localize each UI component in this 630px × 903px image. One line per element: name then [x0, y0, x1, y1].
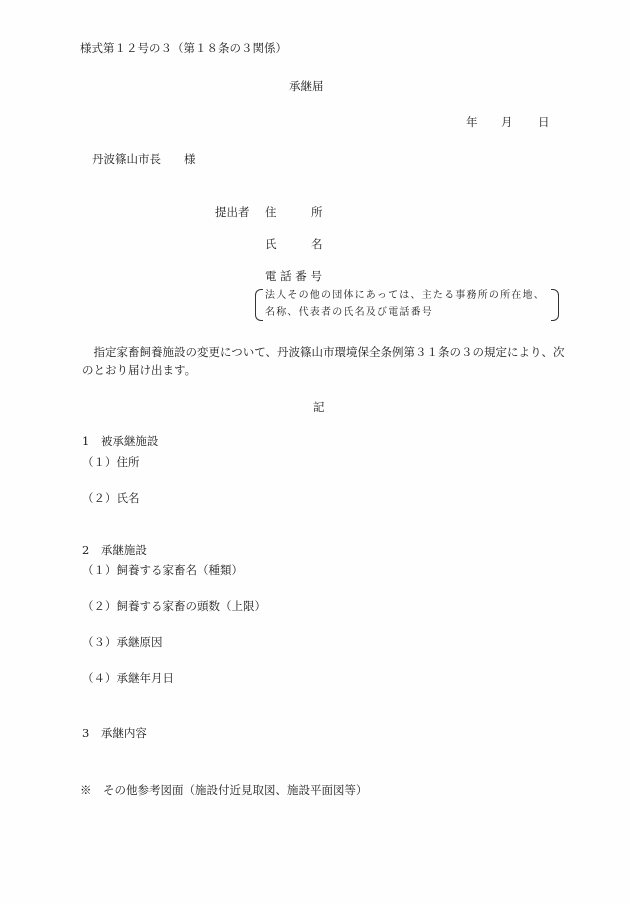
section-2-item-2: （２）飼養する家畜の頭数（上限） [82, 599, 266, 613]
form-number: 様式第１２号の３（第１８条の３関係） [80, 41, 287, 55]
section-2-item-1: （１）飼養する家畜名（種類） [82, 563, 243, 577]
right-bracket [551, 289, 559, 321]
body-text-line1: 指定家畜飼養施設の変更について、丹波篠山市環境保全条例第３１条の３の規定により、… [82, 345, 565, 359]
section-1-heading: 1 被承継施設 [82, 434, 158, 448]
addressee: 丹波篠山市長 様 [92, 152, 196, 166]
corporate-note-line2: 名称、代表者の氏名及び電話番号 [265, 306, 433, 320]
section-2-item-4: （４）承継年月日 [82, 671, 174, 685]
document-title: 承継届 [289, 79, 324, 93]
name-label: 氏 名 [265, 237, 323, 251]
date-year: 年 [466, 115, 478, 129]
ki-heading: 記 [313, 400, 325, 414]
reference-note: ※ その他参考図面（施設付近見取図、施設平面図等） [80, 783, 368, 797]
date-month: 月 [501, 115, 513, 129]
section-1-item-2: （２）氏名 [82, 491, 140, 505]
address-label: 住 所 [265, 205, 323, 219]
section-2-heading: 2 承継施設 [82, 543, 147, 557]
date-day: 日 [538, 115, 550, 129]
section-2-item-3: （３）承継原因 [82, 635, 163, 649]
phone-label: 電 話 番 号 [265, 269, 322, 283]
left-bracket [255, 289, 263, 321]
section-1-item-1: （１）住所 [82, 455, 140, 469]
body-text-line2: のとおり届け出ます。 [82, 363, 196, 377]
section-3-heading: 3 承継内容 [82, 726, 147, 740]
corporate-note-line1: 法人その他の団体にあっては、主たる事務所の所在地、 [265, 289, 545, 303]
submitter-label: 提出者 [215, 205, 250, 219]
